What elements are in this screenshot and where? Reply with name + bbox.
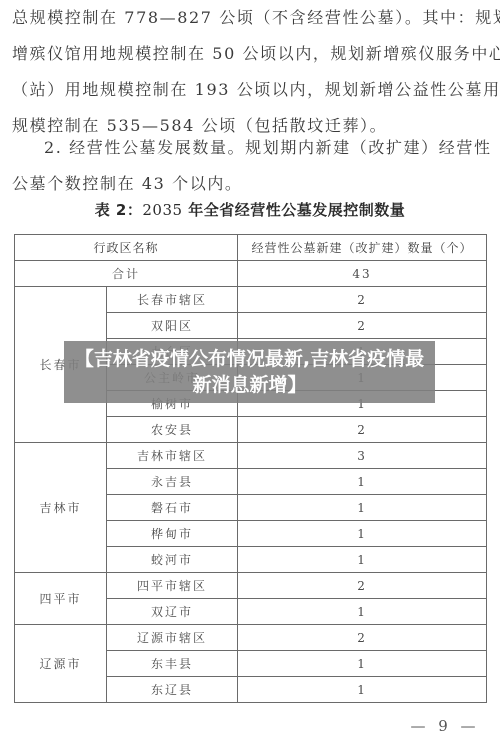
district-cell: 吉林市辖区 [107, 443, 238, 469]
table-total-row: 合计 43 [15, 261, 487, 287]
district-cell: 蛟河市 [107, 547, 238, 573]
district-cell: 农安县 [107, 417, 238, 443]
header-count: 经营性公墓新建（改扩建）数量（个） [238, 235, 487, 261]
page-number: — 9 — [400, 717, 490, 735]
total-value: 43 [238, 261, 487, 287]
text-line: （站）用地规模控制在 193 公顷以内，规划新增公益性公墓用地 [12, 72, 488, 108]
value-cell: 2 [238, 287, 487, 313]
value-cell: 1 [238, 651, 487, 677]
headline-text[interactable]: 【吉林省疫情公布情况最新,吉林省疫情最新消息新增】 [70, 346, 429, 398]
headline-overlay-banner[interactable]: 【吉林省疫情公布情况最新,吉林省疫情最新消息新增】 [64, 341, 435, 403]
table-row: 吉林市 吉林市辖区 3 [15, 443, 487, 469]
table-row: 四平市 四平市辖区 2 [15, 573, 487, 599]
city-cell: 四平市 [15, 573, 107, 625]
value-cell: 1 [238, 521, 487, 547]
text-line: 增殡仪馆用地规模控制在 50 公顷以内，规划新增殡仪服务中心 [12, 36, 488, 72]
paragraph-land-scale: 总规模控制在 778—827 公顷（不含经营性公墓）。其中：规划新 增殡仪馆用地… [12, 0, 488, 144]
text-line: 公墓个数控制在 43 个以内。 [12, 166, 488, 202]
city-cell: 辽源市 [15, 625, 107, 703]
value-cell: 2 [238, 625, 487, 651]
city-cell: 吉林市 [15, 443, 107, 573]
cemetery-control-table: 行政区名称 经营性公墓新建（改扩建）数量（个） 合计 43 长春市 长春市辖区 … [14, 234, 487, 703]
table-row: 长春市 长春市辖区 2 [15, 287, 487, 313]
district-cell: 东辽县 [107, 677, 238, 703]
district-cell: 双阳区 [107, 313, 238, 339]
district-cell: 辽源市辖区 [107, 625, 238, 651]
value-cell: 2 [238, 417, 487, 443]
district-cell: 四平市辖区 [107, 573, 238, 599]
paragraph-cemetery-count: 2. 经营性公墓发展数量。规划期内新建（改扩建）经营性 公墓个数控制在 43 个… [12, 130, 488, 202]
table-row: 辽源市 辽源市辖区 2 [15, 625, 487, 651]
table-title-year: 2035 [142, 201, 182, 219]
table-title-prefix: 表 2： [95, 201, 143, 219]
table-title-rest: 年全省经营性公墓发展控制数量 [183, 201, 406, 219]
district-cell: 桦甸市 [107, 521, 238, 547]
district-cell: 长春市辖区 [107, 287, 238, 313]
value-cell: 3 [238, 443, 487, 469]
value-cell: 1 [238, 469, 487, 495]
total-label: 合计 [15, 261, 238, 287]
value-cell: 1 [238, 547, 487, 573]
value-cell: 1 [238, 495, 487, 521]
district-cell: 双辽市 [107, 599, 238, 625]
value-cell: 2 [238, 573, 487, 599]
district-cell: 磐石市 [107, 495, 238, 521]
value-cell: 2 [238, 313, 487, 339]
header-region-name: 行政区名称 [15, 235, 238, 261]
district-cell: 永吉县 [107, 469, 238, 495]
table-header-row: 行政区名称 经营性公墓新建（改扩建）数量（个） [15, 235, 487, 261]
value-cell: 1 [238, 599, 487, 625]
text-line: 总规模控制在 778—827 公顷（不含经营性公墓）。其中：规划新 [12, 0, 488, 36]
table-title: 表 2：2035 年全省经营性公墓发展控制数量 [0, 199, 500, 220]
district-cell: 东丰县 [107, 651, 238, 677]
value-cell: 1 [238, 677, 487, 703]
text-line: 2. 经营性公墓发展数量。规划期内新建（改扩建）经营性 [12, 130, 488, 166]
